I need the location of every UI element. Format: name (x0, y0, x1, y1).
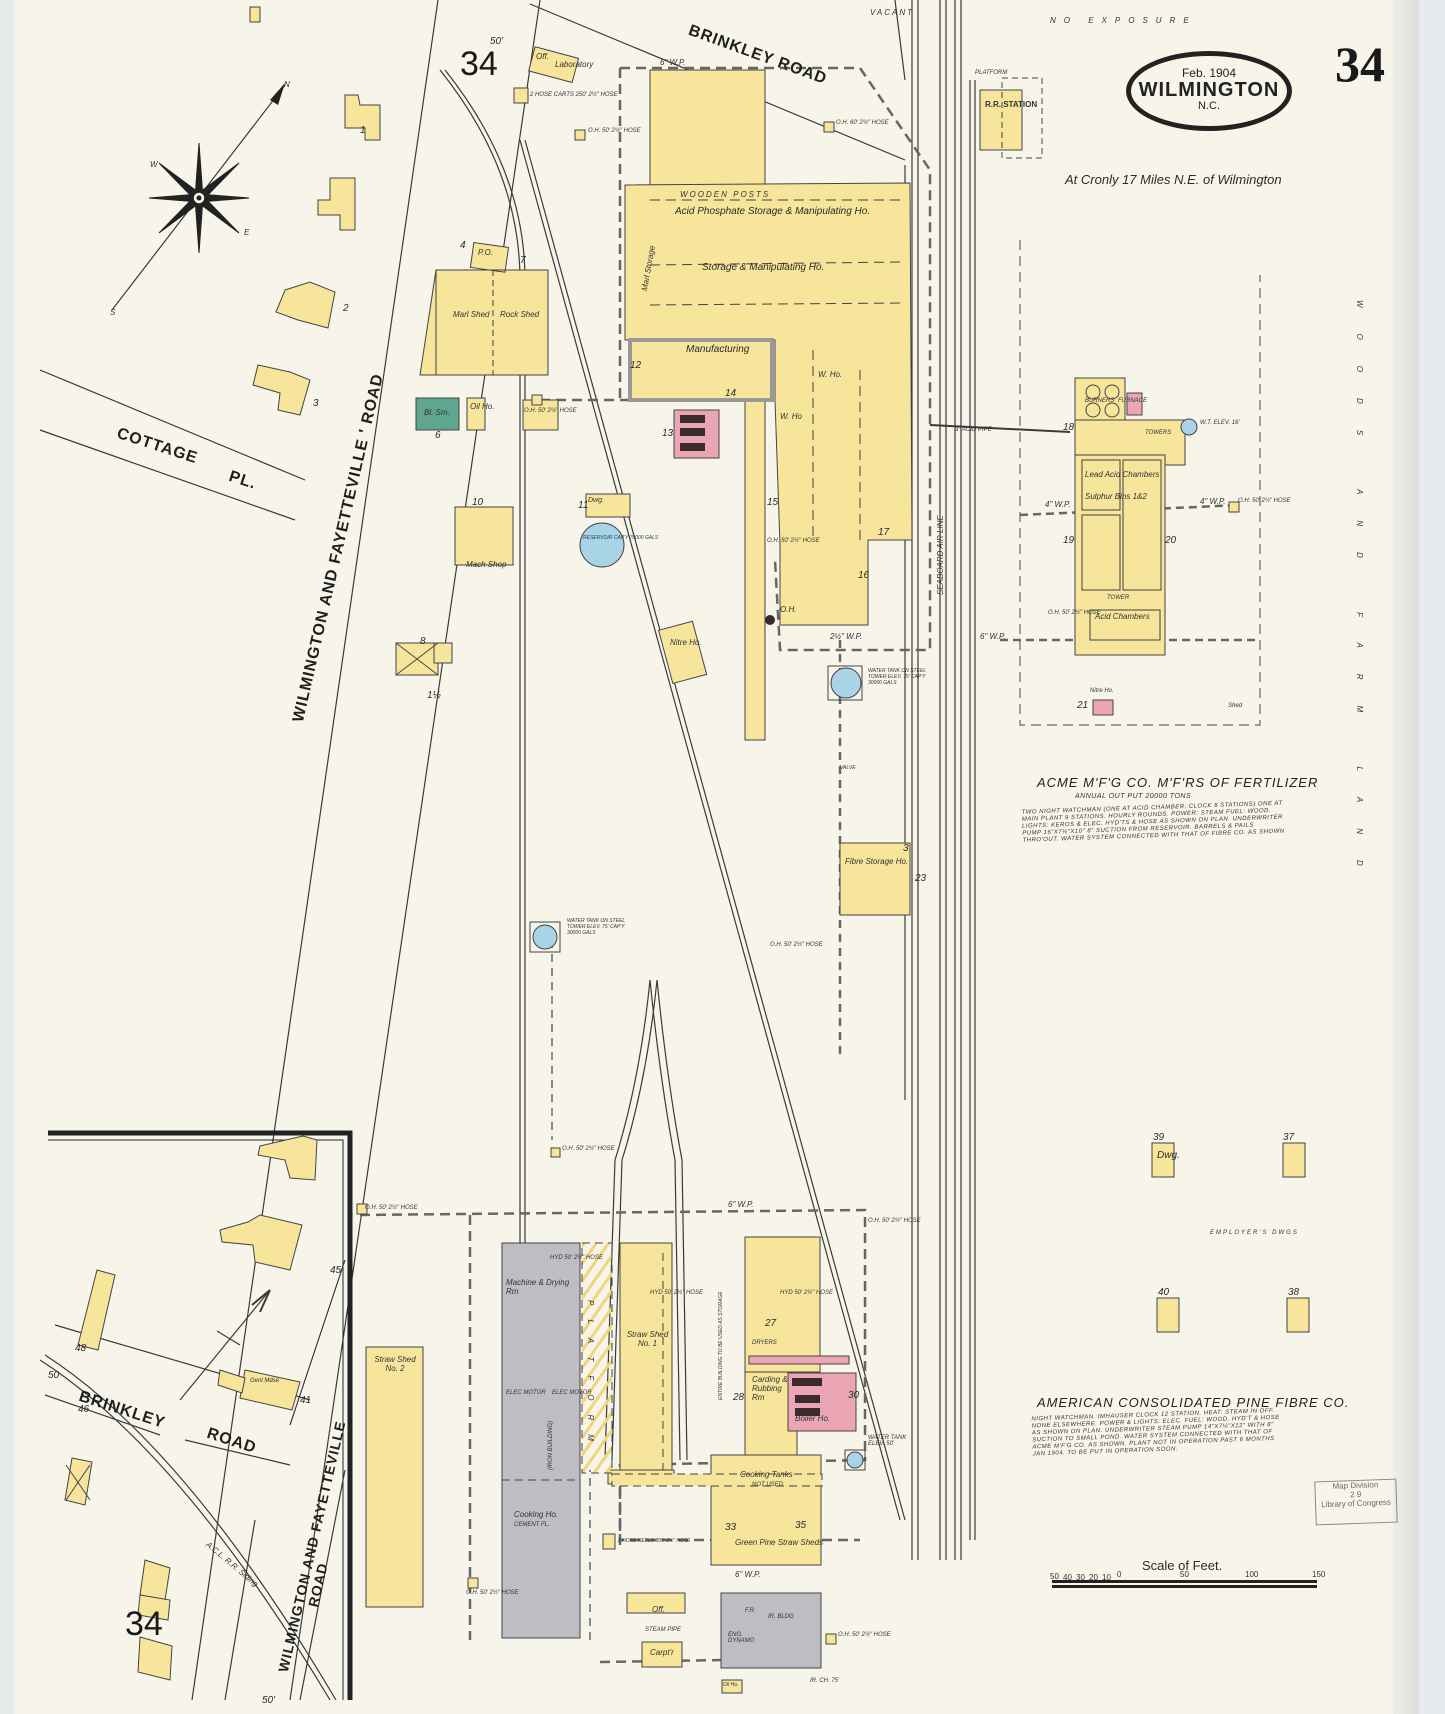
label-ir-bldg: IR. BLDG (768, 1614, 794, 1620)
bldg-num: 40 (1158, 1287, 1169, 1298)
label-cooking-ho: Cooking Ho. (514, 1510, 558, 1519)
label-wooden-posts: WOODEN POSTS (680, 190, 770, 199)
label-nitre-ho-2: Nitre Ho. (1090, 688, 1114, 694)
map-city: WILMINGTON (1131, 80, 1287, 100)
bldg-num: 3 (903, 843, 909, 854)
label-machine-drying: Machine & Drying Rm (506, 1278, 576, 1296)
bldg-num: 21 (1077, 700, 1088, 711)
stamp-line-3: Library of Congress (1316, 1498, 1396, 1510)
label-water-tank-2: WATER TANK ON STEEL TOWER ELEV. 75' CAP'… (567, 918, 627, 936)
label-furnace: FURNACE (1118, 398, 1147, 404)
hydrant-oh-3: O.H. 50' 2½" HOSE (524, 408, 577, 414)
label-ir-ch: IR. CH. 75' (810, 1678, 839, 1684)
vacant-label: VACANT (870, 8, 914, 17)
scale-tick: 10 (1102, 1573, 1111, 1582)
label-sulphur-bins: Sulphur Bins 1&2 (1085, 492, 1147, 501)
library-stamp: Map Division 2 9 Library of Congress (1314, 1479, 1397, 1526)
bldg-num: 3 (313, 398, 319, 409)
map-date: Feb. 1904 (1131, 66, 1287, 80)
label-acid-chambers: Acid Chambers (1095, 612, 1150, 621)
pipe-4wp-2: 4" W.P. (1200, 497, 1226, 506)
bldg-num: 39 (1153, 1132, 1164, 1143)
label-elec-motor-1: ELEC MOTOR (506, 1390, 546, 1396)
hydrant-oh-12: O.H. 50' 2½" HOSE (868, 1218, 921, 1224)
sheet-number: 34 (1335, 35, 1385, 93)
bldg-num: 7 (520, 255, 526, 266)
compass-w: W (150, 160, 158, 169)
pipe-2wp: 2½" W.P. (830, 632, 862, 641)
label-shed: Shed (1228, 703, 1242, 709)
label-not-used: NOT USED (752, 1482, 783, 1488)
label-iron-building: (IRON BUILDING) (548, 1421, 554, 1470)
label-cement-fl: CEMENT FL. (514, 1522, 550, 1528)
hydrant-hyd-3: HYD 50' 2½" HOSE (780, 1290, 833, 1296)
bldg-num: 27 (765, 1318, 776, 1329)
label-towers: TOWERS (1145, 430, 1171, 436)
bldg-num: 28 (733, 1392, 744, 1403)
bldg-num: 23 (915, 873, 926, 884)
label-platform-mid: PLATFORM (586, 1300, 595, 1455)
bldg-num: 19 (1063, 535, 1074, 546)
hydrant-oh-10: O.H. 50' 2½" HOSE (770, 942, 823, 948)
pipe-valve: VALVE (840, 765, 856, 771)
label-platform-top: PLATFORM (975, 70, 1007, 76)
sheet-number-adjoining-top: 34 (460, 45, 498, 84)
hydrant-oh-7: O.H. 50' 2½" HOSE (767, 538, 820, 544)
label-nitre-ho: Nitre Ho. (670, 638, 702, 647)
label-bl-sm: Bl. Sm. (424, 408, 450, 417)
bldg-num: 6 (435, 430, 441, 441)
label-fibre-storage: Fibre Storage Ho. (845, 857, 908, 866)
road-width-bottom: 50' (262, 1695, 275, 1706)
label-entire-building: ENTIRE BUILDING TO BE USED AS STORAGE (718, 1291, 724, 1400)
bldg-num: 18 (1063, 422, 1074, 433)
label-reservoir: RESERVOIR CAP'Y 70000 GALS (583, 535, 658, 541)
pipe-acid: 3" ACID PIPE (955, 427, 992, 433)
hydrant-oh-1: O.H. 50' 2½" HOSE (588, 128, 641, 134)
label-dryers: DRYERS (752, 1340, 777, 1346)
label-lead-acid: Lead Acid Chambers (1085, 470, 1159, 479)
label-water-tank-elev: WATER TANK ELEV. 50' (868, 1435, 913, 1447)
bldg-num: 12 (630, 360, 641, 371)
hydrant-hyd-1: HYD 50' 2½" HOSE (550, 1255, 603, 1261)
label-carding: Carding & Rubbing Rm (752, 1375, 792, 1402)
dwelling-marker: Dwg. (1157, 1150, 1180, 1161)
hydrant-hose-reels: 2 HOSE REELS 800' 2½" HOSE (618, 1538, 691, 1544)
bldg-num: 14 (725, 388, 736, 399)
acme-output: ANNUAL OUT PUT 20000 TONS (1075, 792, 1191, 801)
bldg-num: 35 (795, 1520, 806, 1531)
label-employers-dwgs: EMPLOYER'S DWGS (1210, 1230, 1299, 1236)
label-rock-shed: Rock Shed (500, 310, 539, 319)
label-acid-phosphate: Acid Phosphate Storage & Manipulating Ho… (675, 206, 870, 217)
pipe-6wp-pine: 6" W.P. (728, 1200, 754, 1209)
bldg-num: 11 (578, 500, 588, 511)
label-green-pine: Green Pine Straw Sheds (735, 1538, 823, 1547)
bldg-num: 1½ (427, 690, 441, 701)
label-dwelling: Dwg. (588, 497, 604, 504)
bldg-num: 38 (1288, 1287, 1299, 1298)
bldg-num: 4 (460, 240, 466, 251)
compass-e: E (244, 228, 249, 237)
pipe-6wp-top: 6" W.P. (660, 58, 686, 67)
label-straw-shed-1: Straw Shed No. 1 (625, 1330, 670, 1348)
label-boiler-ho: Boiler Ho. (795, 1414, 830, 1423)
pine-fibre-title: American Consolidated Pine Fibre Co. (1037, 1395, 1349, 1410)
map-state: N.C. (1131, 100, 1287, 112)
label-w-ho-1: W. Ho. (818, 370, 842, 379)
hydrant-oh-11: O.H. 50' 2½" HOSE (562, 1146, 615, 1152)
location-note: At Cronly 17 Miles N.E. of Wilmington (1065, 172, 1282, 187)
label-hose-carts: 2 HOSE CARTS 250' 2½" HOSE (530, 92, 618, 98)
bldg-num: 48 (75, 1343, 86, 1354)
bldg-num: 20 (1165, 535, 1176, 546)
compass-n: N (284, 80, 290, 89)
pipe-steam: STEAM PIPE (645, 1627, 681, 1633)
compass-s: S (110, 308, 115, 317)
title-cartouche: Feb. 1904 WILMINGTON N.C. (1126, 51, 1292, 131)
pipe-4wp: 4" W.P. (1045, 500, 1071, 509)
label-wt: W.T. ELEV. 16' (1200, 420, 1240, 426)
bldg-num: 45 (330, 1265, 341, 1276)
label-office: Off. (536, 52, 549, 61)
acme-title: Acme M'f'g Co. M'f'rs of Fertilizer (1037, 775, 1318, 790)
label-off: Off. (652, 1605, 665, 1614)
scale-tick: 50 (1050, 1572, 1059, 1581)
label-manufacturing: Manufacturing (686, 344, 749, 355)
bldg-num: 30 (848, 1390, 859, 1401)
seaboard-label: SEABOARD AIR LINE (936, 515, 945, 595)
hydrant-oh-plain: O.H. (780, 605, 796, 614)
hydrant-oh-2: O.H. 60' 2½" HOSE (836, 120, 889, 126)
exposure-top: NO EXPOSURE (1050, 16, 1197, 25)
scale-tick: 20 (1089, 1573, 1098, 1582)
label-storage-manip: Storage & Manipulating Ho. (702, 262, 824, 273)
pine-fibre-notes: NIGHT WATCHMAN. IMHAUSER CLOCK 12 STATIO… (1031, 1408, 1287, 1459)
sheet-number-adjoining-bottom: 34 (125, 1605, 163, 1644)
scale-tick: 40 (1063, 1573, 1072, 1582)
bldg-num: 41 (300, 1395, 311, 1406)
exposure-right: WOODS AND FARM LAND (1355, 300, 1364, 892)
label-tower: TOWER (1107, 595, 1129, 601)
pipe-6wp-acid: 6" W.P. (980, 632, 1006, 641)
bldg-num: 33 (725, 1522, 736, 1533)
map-drawing (0, 0, 1445, 1714)
label-w-ho-2: W. Ho (780, 412, 802, 421)
bldg-num: 13 (662, 428, 673, 439)
label-laboratory: Laboratory (555, 60, 593, 69)
label-straw-shed-2: Straw Shed No. 2 (370, 1355, 420, 1373)
hydrant-oh-5: O.H. 50' 2½" HOSE (1048, 610, 1101, 616)
scale-tick: 0 (1117, 1570, 1121, 1579)
hydrant-oh-8: O.H. 50' 2½" HOSE (838, 1632, 891, 1638)
bldg-num: 1 (360, 125, 366, 136)
building-frame (650, 70, 765, 185)
label-po: P.O. (478, 248, 493, 257)
label-carpenter: Carpt'r (650, 1648, 674, 1657)
pipe-6wp-bottom: 6" W.P. (735, 1570, 761, 1579)
scale-tick: 30 (1076, 1573, 1085, 1582)
bldg-num: 37 (1283, 1132, 1294, 1143)
bldg-num: 17 (878, 527, 889, 538)
scale-tick: 150 (1312, 1570, 1325, 1579)
scale-tick: 100 (1245, 1570, 1258, 1579)
bldg-num: 15 (767, 497, 778, 508)
bldg-num: 2 (343, 303, 349, 314)
label-mach-shop: Mach Shop (466, 560, 506, 569)
label-fr: F.R. (745, 1608, 756, 1614)
label-rr-station: R.R. STATION (985, 100, 1037, 109)
hydrant-oh-4: O.H. 50' 2½" HOSE (1238, 498, 1291, 504)
bldg-num: 50 (48, 1370, 59, 1381)
label-oil-ho: Oil Ho. (470, 402, 494, 411)
hydrant-oh-6: O.H. 50' 2½" HOSE (365, 1205, 418, 1211)
label-eng-dynamo: ENG. DYNAMO (728, 1632, 758, 1644)
label-oil-ho-small: Oil Ho. (723, 1682, 738, 1688)
label-gen-mdse: Genl Mdse (250, 1378, 279, 1384)
compass-rose (149, 143, 249, 253)
scale-tick: 50 (1180, 1570, 1189, 1579)
hydrant-hyd-2: HYD 50' 2½" HOSE (650, 1290, 703, 1296)
bldg-num: 10 (472, 497, 483, 508)
label-water-tank-1: WATER TANK ON STEEL TOWER ELEV. 75' CAP'… (868, 668, 928, 686)
bldg-num: 46 (78, 1404, 89, 1415)
hydrant-oh-9: O.H. 50' 2½" HOSE (466, 1590, 519, 1596)
bldg-num: 16 (858, 570, 869, 581)
label-marl-shed: Marl Shed (453, 310, 489, 319)
label-cooking-tanks: Cooking Tanks (740, 1470, 793, 1479)
road-width-top: 50' (490, 36, 503, 47)
bldg-num: 8 (420, 636, 426, 647)
label-burners: BURNERS (1085, 398, 1114, 404)
